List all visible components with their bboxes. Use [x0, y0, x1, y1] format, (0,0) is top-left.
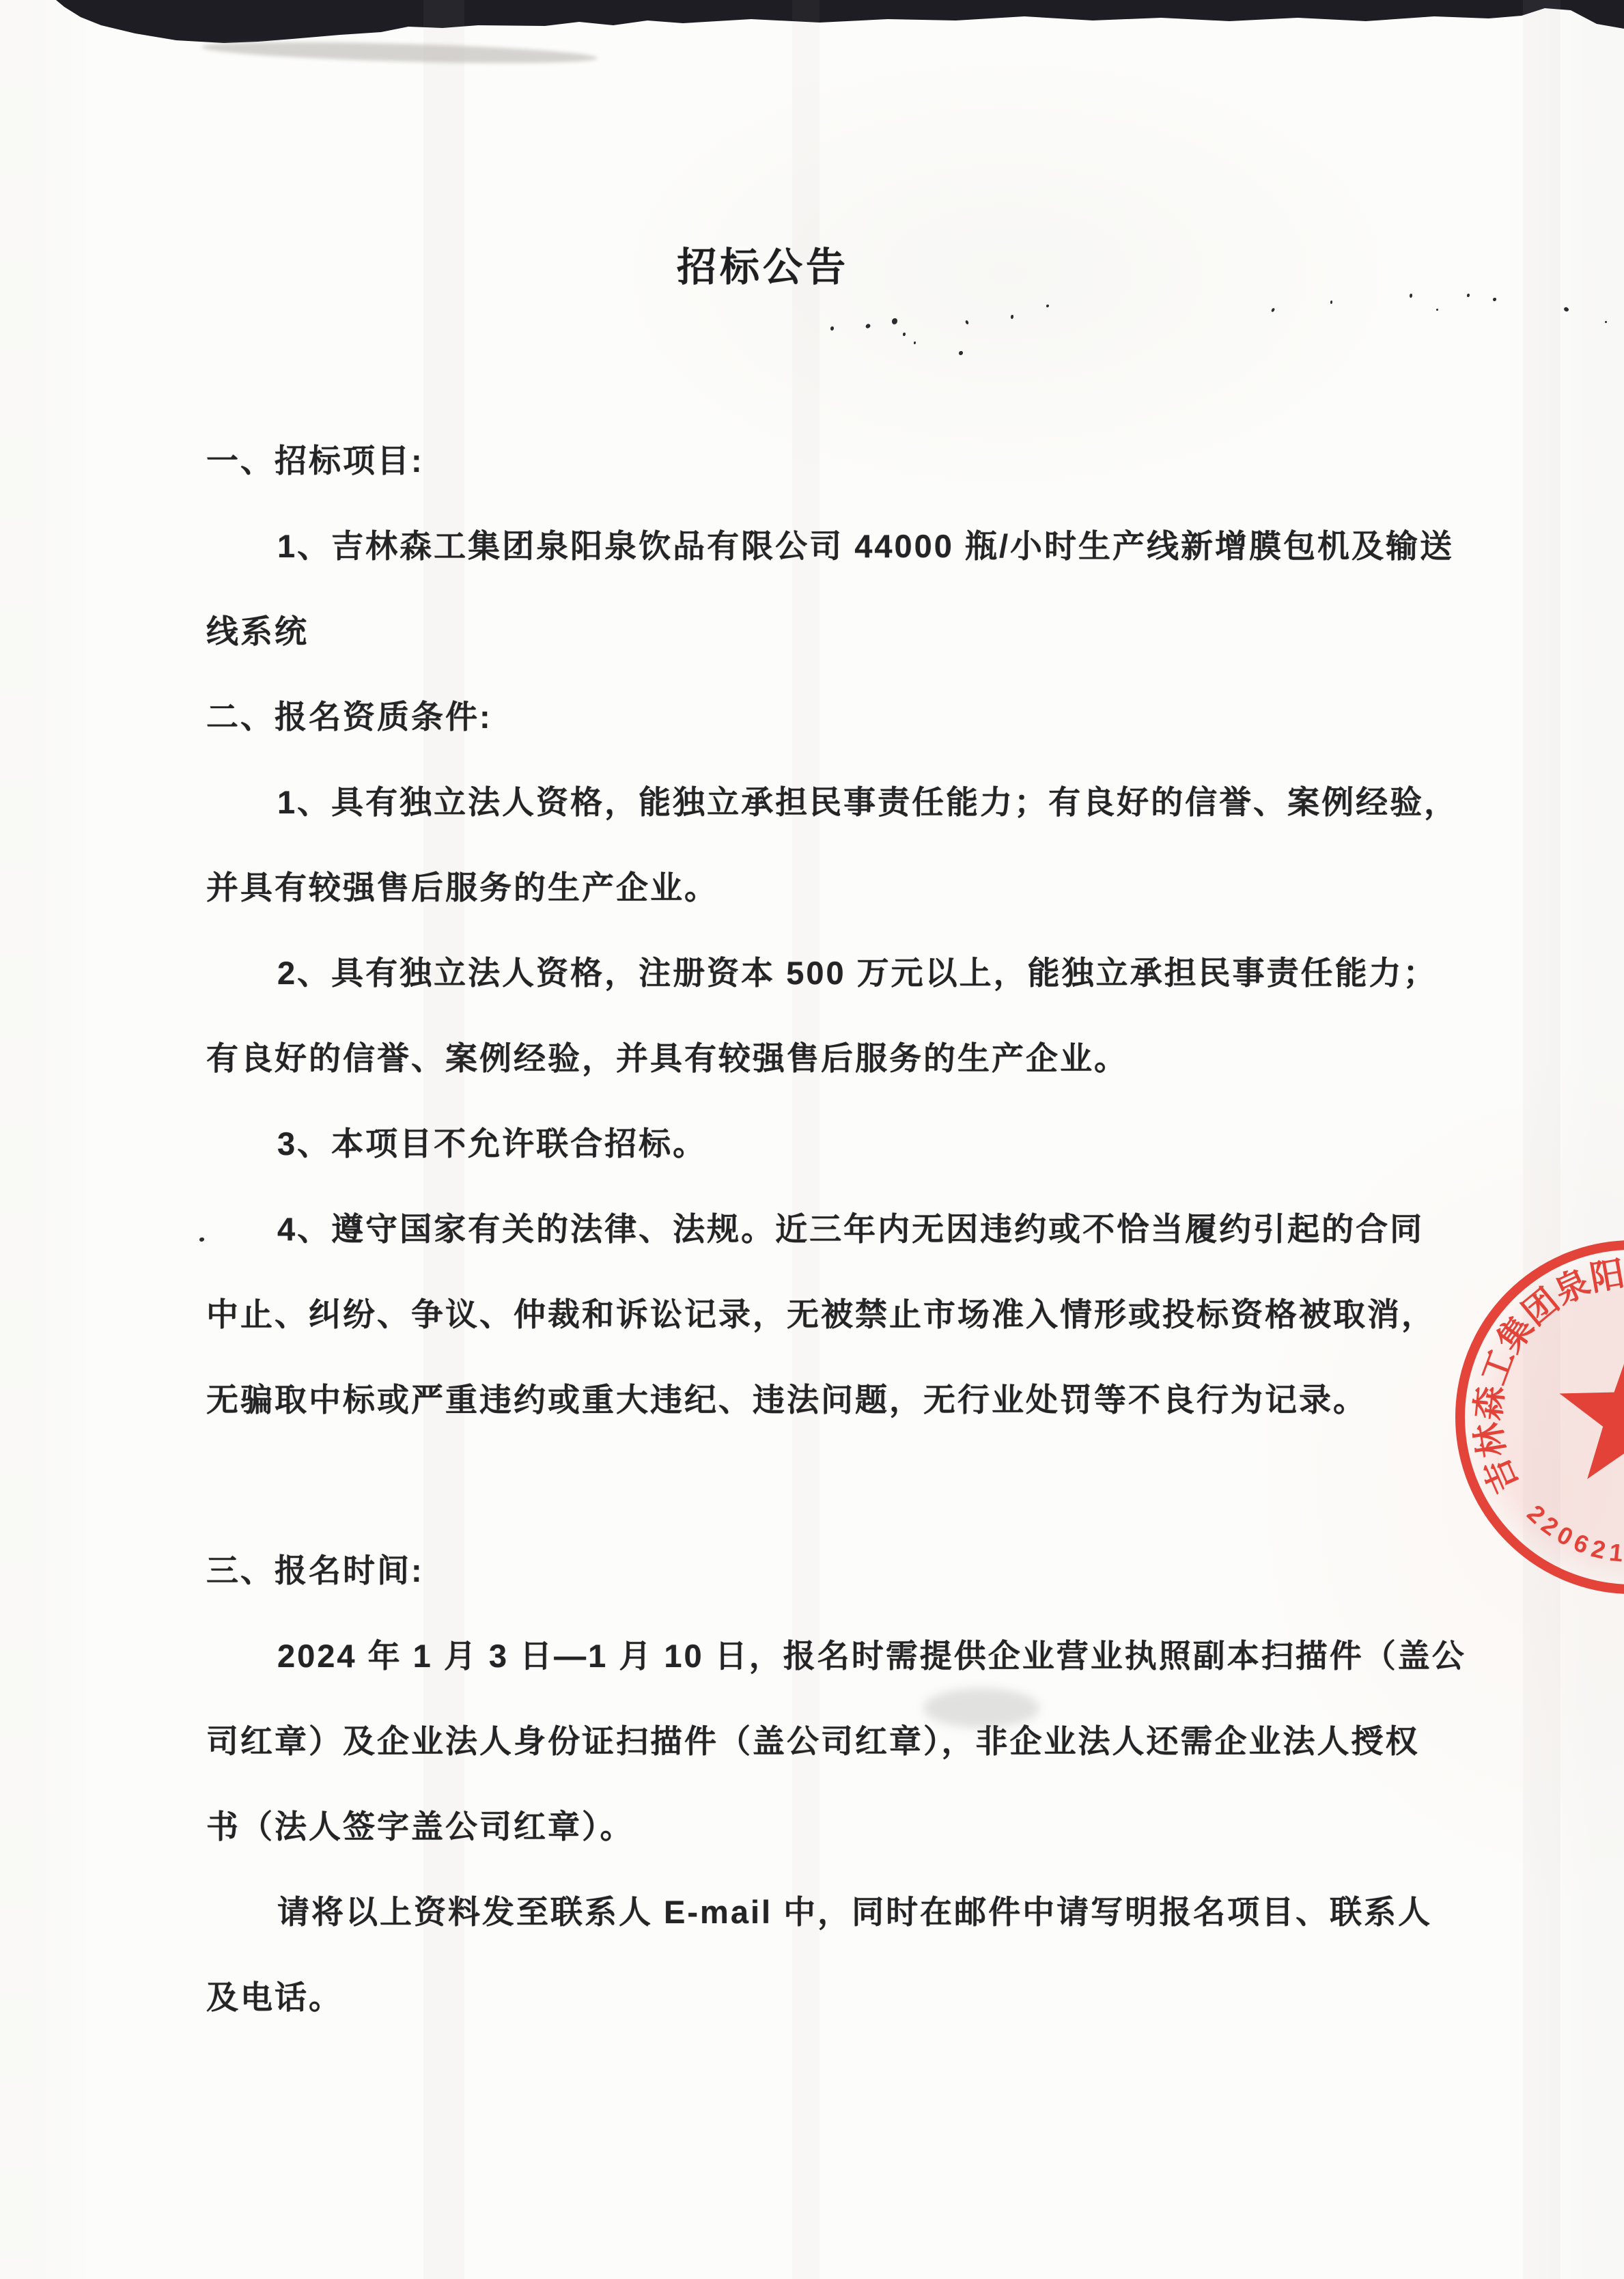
page-title: 招标公告	[206, 243, 1319, 292]
document-line: 二、报名资质条件:	[206, 674, 1367, 759]
ink-speck	[865, 323, 871, 329]
ink-speck	[1330, 300, 1332, 304]
ink-speck	[1436, 309, 1438, 311]
document-line: 无骗取中标或严重违约或重大违纪、违法问题，无行业处罚等不良行为记录。	[206, 1357, 1367, 1442]
ink-speck	[1563, 306, 1569, 312]
ink-speck	[1046, 305, 1049, 307]
document-line: 书（法人签字盖公司红章）。	[206, 1784, 1367, 1869]
document-line: 2024 年 1 月 3 日—1 月 10 日，报名时需提供企业营业执照副本扫描…	[206, 1613, 1367, 1698]
document-line: 司红章）及企业法人身份证扫描件（盖公司红章），非企业法人还需企业法人授权	[206, 1698, 1367, 1784]
document-line: 线系统	[206, 589, 1367, 674]
document-line: 请将以上资料发至联系人 E-mail 中，同时在邮件中请写明报名项目、联系人	[206, 1869, 1367, 1955]
scanned-document-page: 招标公告 一、招标项目:1、吉林森工集团泉阳泉饮品有限公司 44000 瓶/小时…	[0, 0, 1624, 2279]
document-line: 2、具有独立法人资格，注册资本 500 万元以上，能独立承担民事责任能力；	[206, 930, 1367, 1016]
scan-streak	[1523, 0, 1560, 2279]
document-line: 1、吉林森工集团泉阳泉饮品有限公司 44000 瓶/小时生产线新增膜包机及输送	[206, 503, 1367, 589]
document-line: 4、遵守国家有关的法律、法规。近三年内无因违约或不恰当履约引起的合同	[206, 1186, 1367, 1272]
ink-speck	[1271, 307, 1275, 312]
document-lines: 一、招标项目:1、吉林森工集团泉阳泉饮品有限公司 44000 瓶/小时生产线新增…	[206, 418, 1367, 2040]
document-line: 三、报名时间:	[206, 1528, 1367, 1613]
document-line: 中止、纠纷、争议、仲裁和诉讼记录，无被禁止市场准入情形或投标资格被取消，	[206, 1272, 1367, 1357]
ink-speck	[965, 320, 969, 324]
ink-speck	[892, 318, 897, 324]
ink-speck	[1467, 294, 1470, 297]
ink-speck	[1410, 294, 1412, 298]
ink-speck	[1011, 315, 1013, 319]
document-line: 3、本项目不允许联合招标。	[206, 1101, 1367, 1186]
ink-speck	[830, 326, 834, 331]
document-line: 并具有较强售后服务的生产企业。	[206, 845, 1367, 930]
scanner-artifact-band	[0, 0, 1624, 82]
ink-speck	[914, 341, 916, 344]
document-line: 一、招标项目:	[206, 418, 1367, 503]
document-line: 及电话。	[206, 1955, 1367, 2040]
scan-smudge	[923, 1688, 1039, 1728]
ink-speck	[903, 333, 906, 336]
seal-star-icon	[1560, 1341, 1624, 1479]
document-line: 1、具有独立法人资格，能独立承担民事责任能力；有良好的信誉、案例经验，	[206, 759, 1367, 845]
ink-speck	[1605, 321, 1607, 323]
company-seal: 吉林森工集团泉阳 220621	[1400, 1216, 1624, 1625]
ink-speck	[959, 351, 963, 355]
stray-ink-dot	[199, 1238, 204, 1242]
document-line: 有良好的信誉、案例经验，并具有较强售后服务的生产企业。	[206, 1016, 1367, 1101]
ink-speck	[1493, 298, 1496, 301]
